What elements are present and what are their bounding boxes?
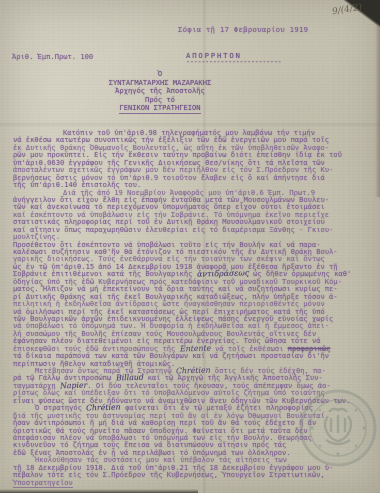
body-line-segment: Μετέβησαν ὄντως παρά τῷ Στρατηγῷ xyxy=(35,366,176,375)
body-line: μουλτζίνης. xyxy=(13,233,371,240)
body-line-segment: ὁδηγίας ὑπό τῆς ἐδῶ Κυβερνήσεως πρός κατ… xyxy=(13,277,342,286)
bottom-edge-shadow xyxy=(0,489,198,493)
body-line: γαρικῆς διοικήσεως. Τούς ἐνεθάρρυνα εἰς … xyxy=(13,255,371,262)
recipient-name: ΓΕΝΙΚΟΝ ΣΤΡΑΤΗΓΕΙΟΝ xyxy=(35,104,285,113)
body-line-segment: ἐπισκεφθῶσι τούς ἐδῶ ἀντιπροσώπους τῆς xyxy=(13,344,180,353)
body-line: Μετέβησαν ὄντως παρά τῷ Στρατηγῷ Chrétie… xyxy=(13,367,371,374)
body-line: καί αἴτησιν ὅπως παραχωρηθῶσιν ἐλευθερία… xyxy=(13,226,371,233)
body-line: ὁδηγίας ὑπό τῆς ἐδῶ Κυβερνήσεως πρός κατ… xyxy=(13,278,371,285)
date-line: Σόφια τῇ 17 Φεβρουαρίου 1919 xyxy=(178,25,308,34)
protocol-number: Ἀριθ. Ἐμπ.Πρωτ. 100 xyxy=(12,52,93,61)
body-line-segment: ἐκ Δυτικῆς Θράκης Ὀθωμανοῖς Βουλευταῖς, … xyxy=(13,143,329,152)
body-line-segment: ἀπεφάσισαν πλέον νά ὑποβάλωσι τό ὑπόμνημ… xyxy=(13,433,312,442)
body-line-segment: πειλητική ἡ ἐκδηλωθεῖσα ἀντίδρασις ὥστε … xyxy=(13,299,325,308)
scanned-letter-page: 9/(4/2) Σόφια τῇ 17 Φεβρουαρίου 1919 Ἀρι… xyxy=(0,0,380,493)
body-line: πειλητική ἡ ἐκδηλωθεῖσα ἀντίδρασις ὥστε … xyxy=(13,300,371,307)
body-line-segment: διά τῆς μυστικῆς του ἀστυνομίας περί τοῦ… xyxy=(13,411,325,420)
body-line: Ὑποστρατηγεῖον xyxy=(13,479,371,486)
body-line-segment: νά τοῖς ἐκθέσωσι xyxy=(211,344,288,353)
body-line: λή συσσώμου τῆς Βουλῆς ἐπίεσαν τούς Μουσ… xyxy=(13,330,371,337)
body-line: Διά τῆς ἀπό 19 Νοεμβρίου Ἀναφορᾶς μου ὑπ… xyxy=(13,189,371,196)
horizontal-fold-crease xyxy=(0,122,380,127)
body-line: βερνήσεως ὅστις μόνον τό ὑπ'ἀριθ.9 τοιοῦ… xyxy=(13,174,371,181)
body-line-segment: λή συσσώμου τῆς Βουλῆς ἐπίεσαν τούς Μουσ… xyxy=(13,329,316,338)
body-line: ἐπισκεφθῶσι τούς ἐδῶ ἀντιπροσώπους τῆς E… xyxy=(13,345,371,352)
body-line-segment: γαρικῆς διοικήσεως. Τούς ἐνεθάρρυνα εἰς … xyxy=(13,254,325,263)
body-line-segment: Ὑποστρατηγεῖον xyxy=(13,478,73,488)
body-line-segment: Entente xyxy=(179,344,210,352)
classification-underline: ------------------------- xyxy=(186,58,281,66)
body-line: καί ἐσκέπτοντο νά ὑποβάλωσιν εἰς τήν Σοβ… xyxy=(13,211,371,218)
body-line-segment: ρίστως ὅλως καί ὑπέδειξαν ὅτι τό ὑποβαλλ… xyxy=(13,388,325,397)
body-line-segment: βερνήσεως ὅστις μόνον τό ὑπ'ἀριθ.9 τοιοῦ… xyxy=(13,173,325,182)
body-line-segment: Chrétien xyxy=(176,367,211,375)
body-line-segment: προφορικῶς xyxy=(288,344,331,353)
body-line-segment: ὅστις δέν τούς ἐδέχθη, πα- xyxy=(211,366,326,375)
body-line: ἐκ Δυτικῆς Θράκης Ὀθωμανοῖς Βουλευταῖς, … xyxy=(13,144,371,151)
official-stamp-icon xyxy=(298,388,378,468)
right-edge-shadow xyxy=(375,0,380,197)
body-line-segment: Διά τῆς ἀπό 19 Νοεμβρίου Ἀναφορᾶς μου ὑπ… xyxy=(63,188,315,197)
body-line-segment: Ἠκολούθησαν τάς συστάσεις μου καί ὑπέβαλ… xyxy=(35,455,287,464)
sender-block: Ὁ ΣΥΝΤΑΓΜΑΤΑΡΧΗΣ ΜΑΖΑΡΑΚΗΣ Ἀρχηγός τῆς Ἀ… xyxy=(35,70,285,113)
body-line-segment: μουλτζίνης. xyxy=(13,232,60,241)
body-line-segment: καί ἐσκέπτοντο νά ὑποβάλωσιν εἰς τήν Σοβ… xyxy=(13,210,329,219)
